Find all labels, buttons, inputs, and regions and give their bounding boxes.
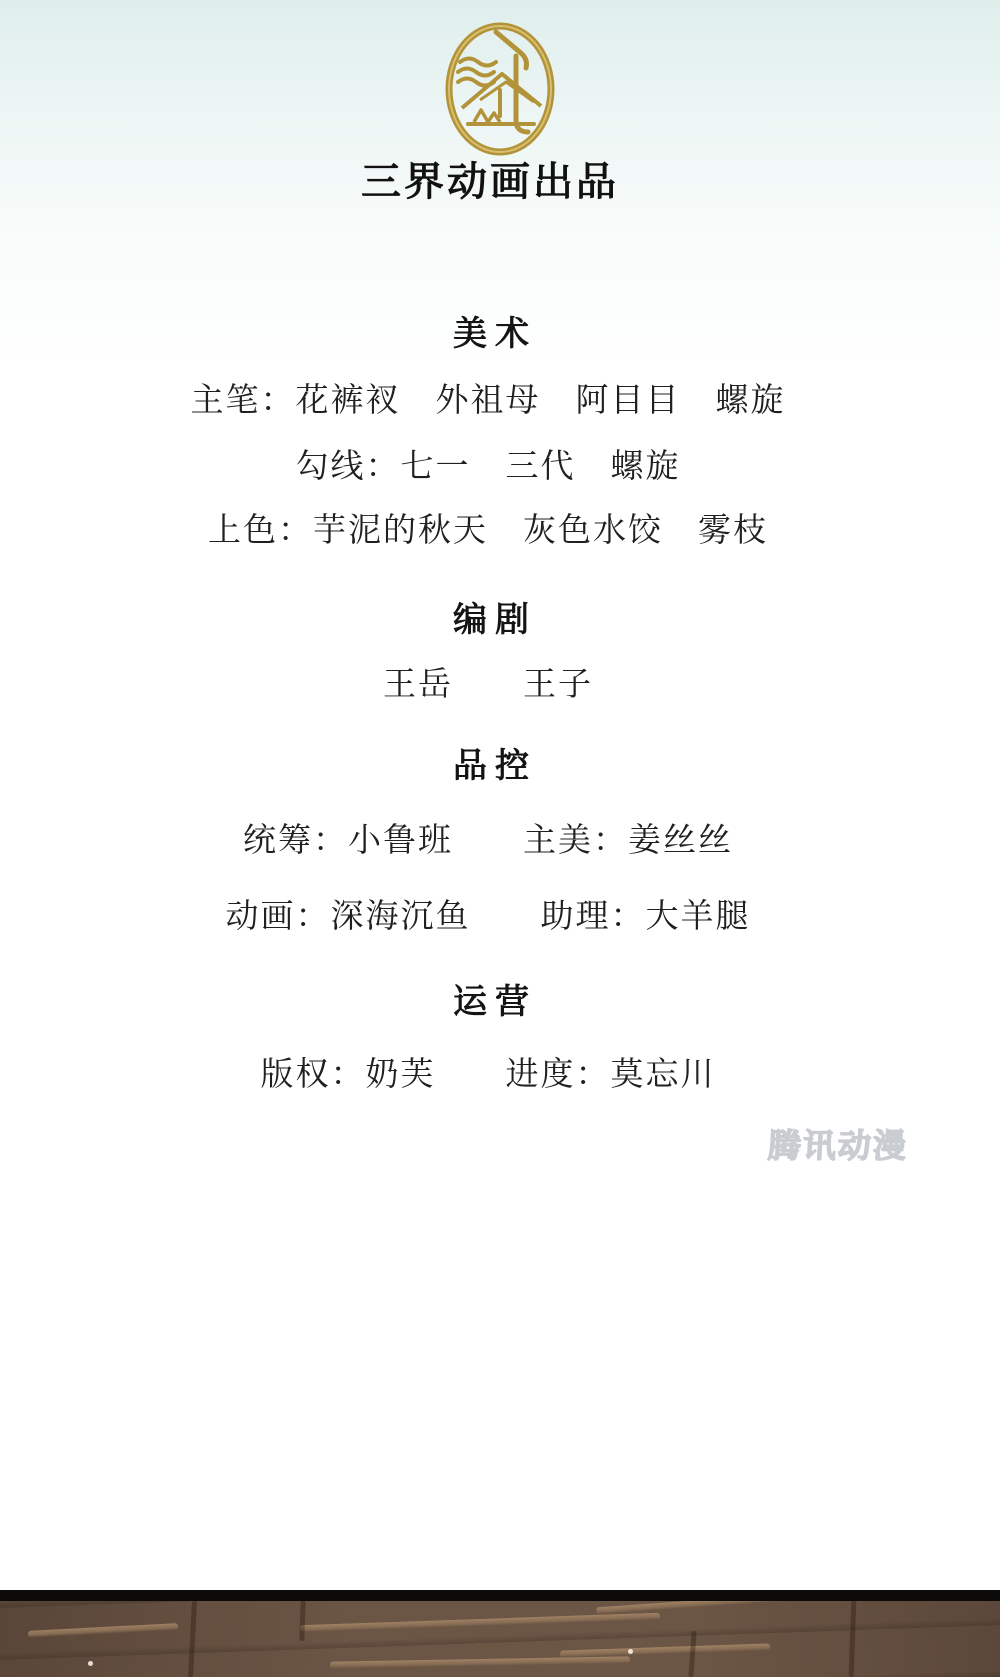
panel-plank-highlight bbox=[596, 1601, 836, 1614]
panel-plank-highlight bbox=[560, 1643, 770, 1657]
section-heading-art: 美术 bbox=[0, 306, 990, 355]
panel-speck bbox=[628, 1649, 633, 1654]
credit-line-coordination: 统筹：小鲁班 主美：姜丝丝 bbox=[0, 814, 976, 861]
panel-plank-highlight bbox=[28, 1623, 178, 1638]
credit-line-lead-artist: 主笔：花裤衩 外祖母 阿目目 螺旋 bbox=[0, 374, 976, 421]
panel-top-border bbox=[0, 1590, 1000, 1601]
credit-line-writers: 王岳 王子 bbox=[0, 658, 976, 705]
panel-plank-seam bbox=[849, 1601, 857, 1677]
panel-plank-seam bbox=[299, 1601, 305, 1641]
panel-plank-highlight bbox=[300, 1613, 660, 1633]
sanjie-seal-icon bbox=[444, 20, 556, 158]
credit-line-copyright: 版权：奶芙 进度：莫忘川 bbox=[0, 1048, 976, 1095]
section-heading-operations: 运营 bbox=[0, 974, 990, 1023]
panel-plank-seam bbox=[688, 1631, 696, 1677]
producer-title: 三界动画出品 bbox=[0, 150, 980, 207]
section-heading-quality-control: 品控 bbox=[0, 738, 990, 787]
tencent-comics-watermark: 腾讯动漫 bbox=[767, 1120, 909, 1167]
panel-plank-seam bbox=[188, 1601, 197, 1677]
section-heading-writer: 编剧 bbox=[0, 592, 990, 641]
credit-line-coloring: 上色：芋泥的秋天 灰色水饺 雾枝 bbox=[0, 504, 976, 551]
credit-line-inking: 勾线：七一 三代 螺旋 bbox=[0, 440, 976, 487]
comic-panel-image bbox=[0, 1601, 1000, 1677]
panel-plank-highlight bbox=[330, 1656, 630, 1668]
credit-line-animation: 动画：深海沉鱼 助理：大羊腿 bbox=[0, 890, 976, 937]
credits-page: 三界动画出品 美术 主笔：花裤衩 外祖母 阿目目 螺旋 勾线：七一 三代 螺旋 … bbox=[0, 0, 1000, 1677]
panel-speck bbox=[88, 1661, 93, 1666]
